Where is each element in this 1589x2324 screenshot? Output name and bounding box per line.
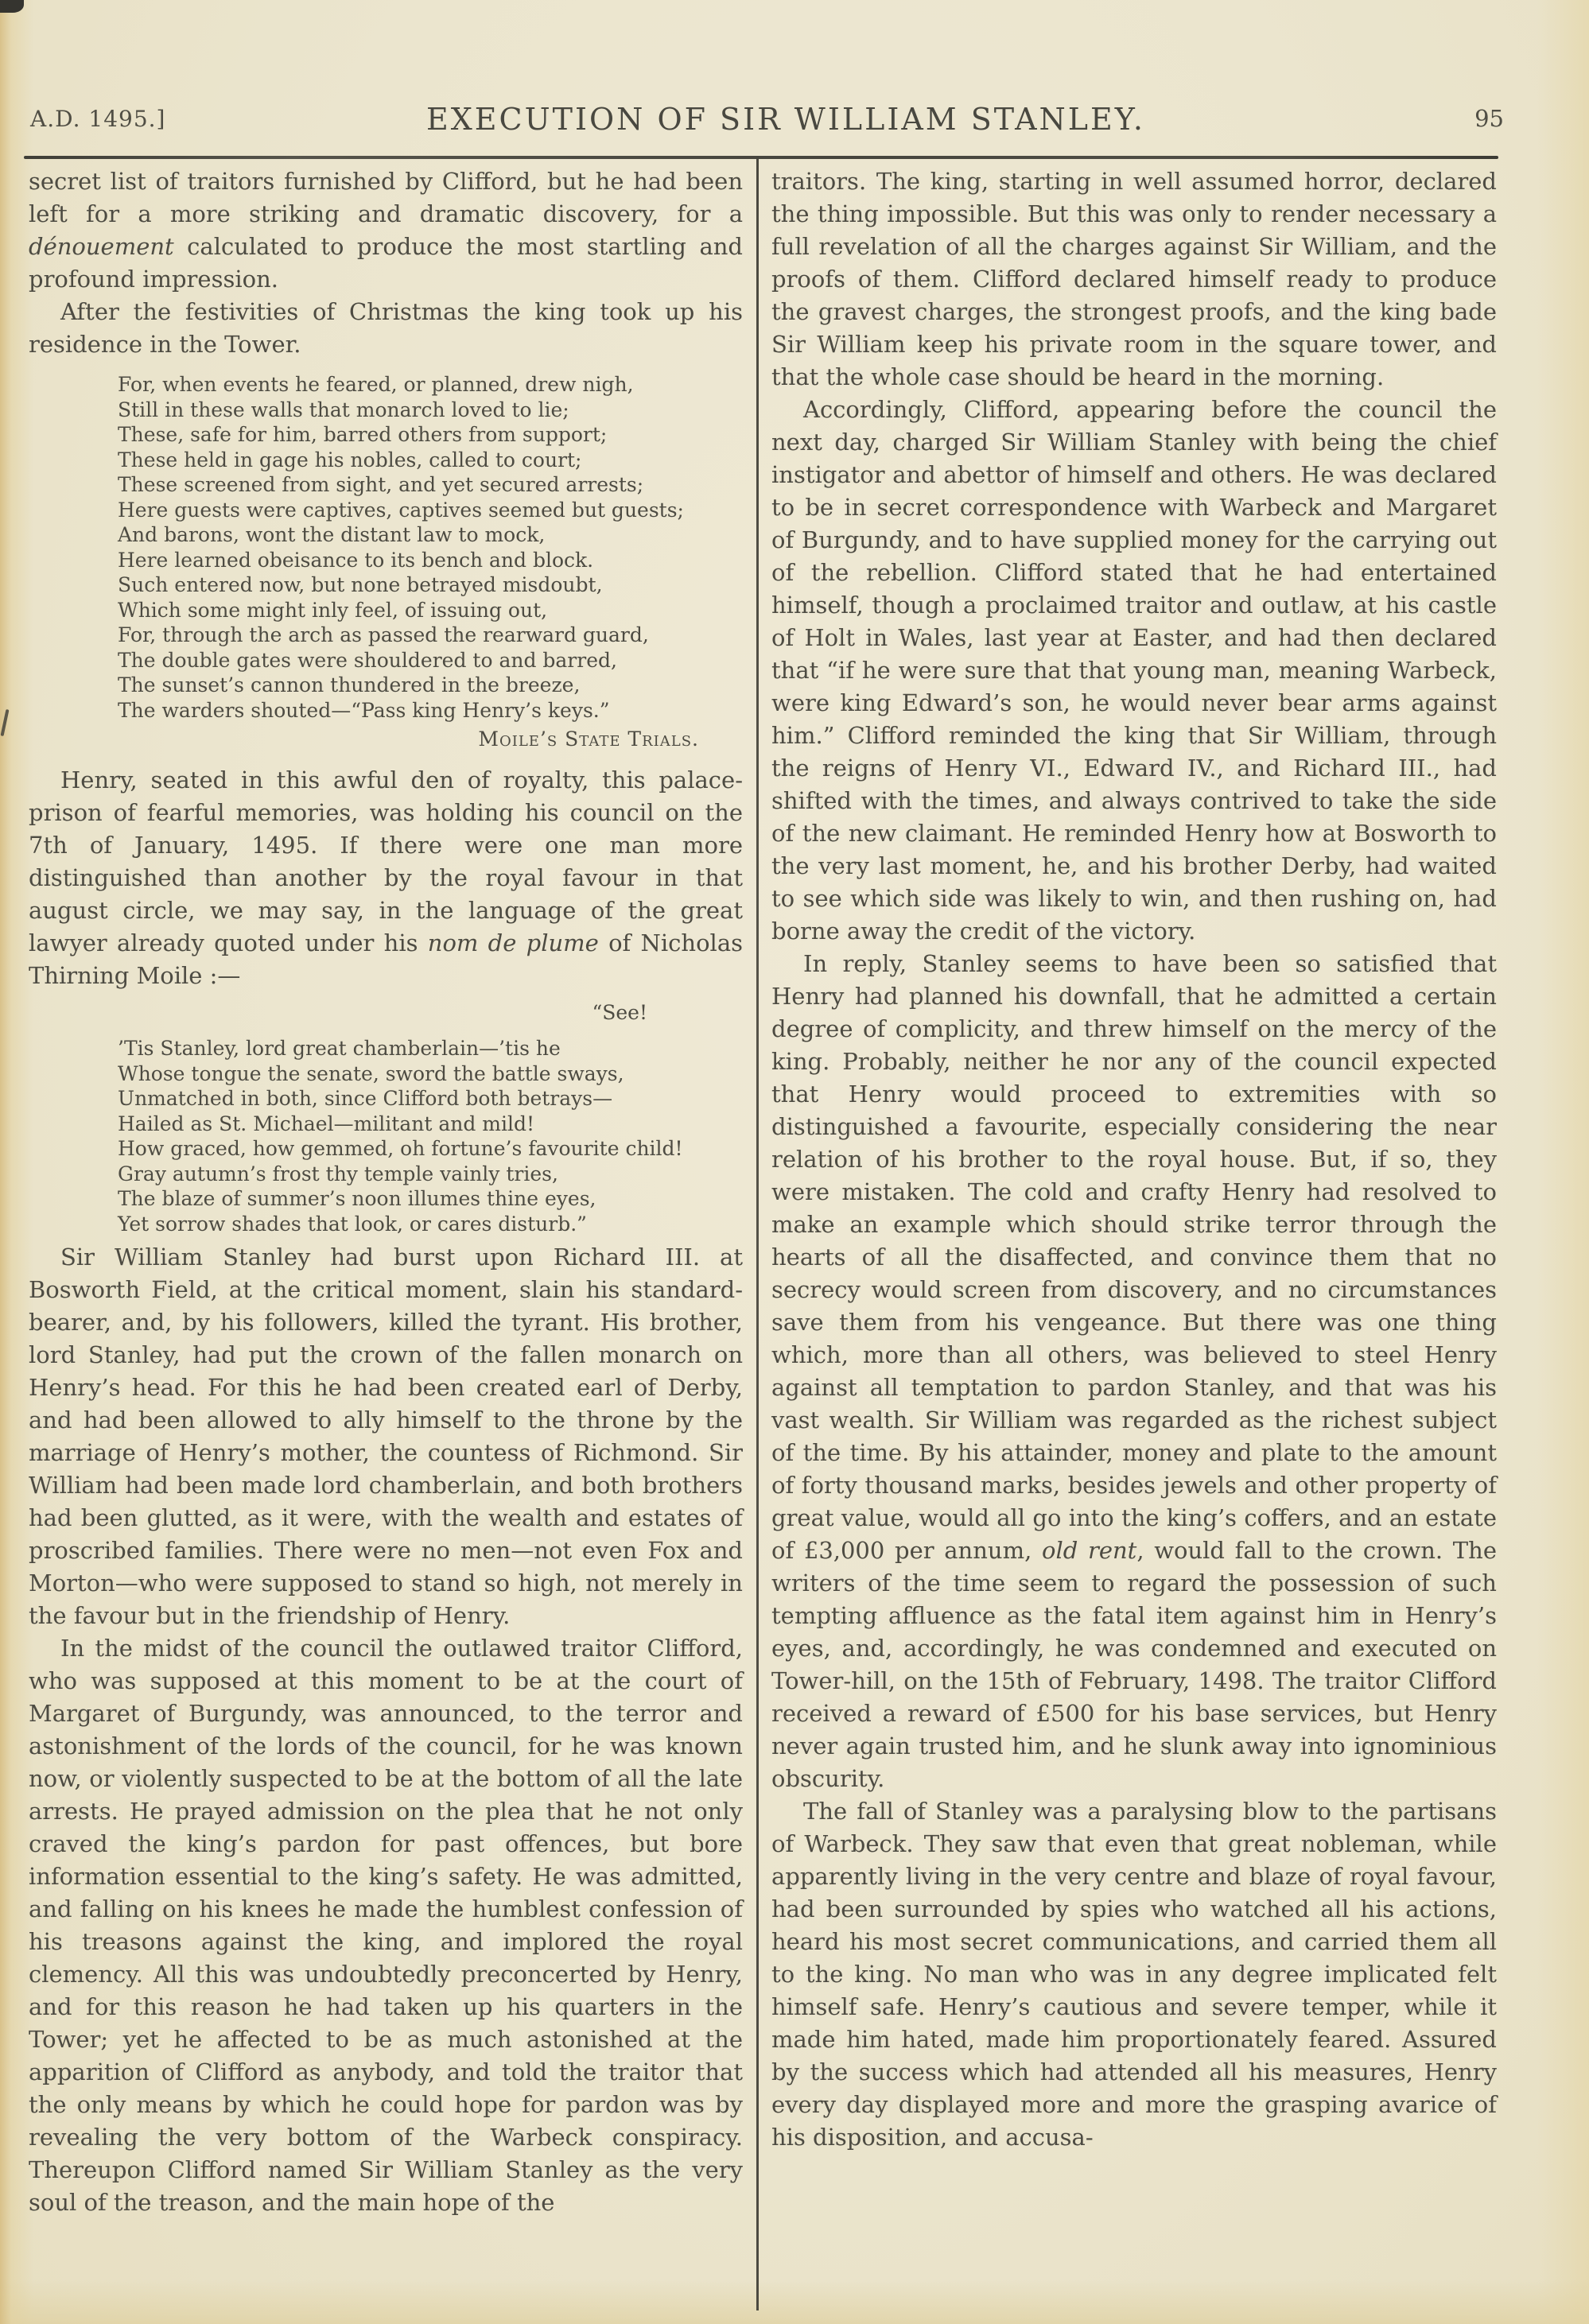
margin-pen-mark bbox=[1, 709, 10, 736]
scan-corner-artifact bbox=[0, 0, 24, 13]
paragraph: Accordingly, Clifford, appearing before … bbox=[771, 394, 1497, 948]
running-header: A.D. 1495.] EXECUTION OF SIR WILLIAM STA… bbox=[30, 89, 1545, 137]
paragraph: In reply, Stanley seems to have been so … bbox=[771, 948, 1497, 1795]
paragraph: The fall of Stanley was a paralysing blo… bbox=[771, 1795, 1497, 2154]
text-run: In reply, Stanley seems to have been so … bbox=[771, 950, 1497, 1564]
page-number: 95 bbox=[1474, 105, 1504, 132]
paragraph: After the festivities of Christmas the k… bbox=[29, 296, 743, 361]
verse-quote-tower: For, when events he feared, or planned, … bbox=[118, 372, 743, 723]
text-run: , would fall to the crown. The writers o… bbox=[771, 1537, 1497, 1792]
verse-opening-see: “See! bbox=[29, 1000, 647, 1025]
verse-attribution: Moile’s State Trials. bbox=[29, 727, 699, 751]
paragraph: Henry, seated in this awful den of royal… bbox=[29, 764, 743, 992]
page-title: EXECUTION OF SIR WILLIAM STANLEY. bbox=[372, 102, 1199, 137]
italic-run: dénouement bbox=[29, 233, 174, 260]
italic-run: old rent bbox=[1042, 1537, 1136, 1564]
right-column: traitors. The king, starting in well ass… bbox=[771, 165, 1497, 2154]
paragraph: Sir William Stanley had burst upon Richa… bbox=[29, 1241, 743, 1632]
paragraph-continuation: secret list of traitors furnished by Cli… bbox=[29, 165, 743, 296]
text-run: secret list of traitors furnished by Cli… bbox=[29, 168, 743, 227]
paragraph-continuation: traitors. The king, starting in well ass… bbox=[771, 165, 1497, 394]
text-run: Henry, seated in this awful den of royal… bbox=[29, 766, 743, 956]
book-page: A.D. 1495.] EXECUTION OF SIR WILLIAM STA… bbox=[0, 0, 1589, 2324]
column-divider bbox=[756, 159, 759, 2310]
italic-run: nom de plume bbox=[428, 929, 599, 956]
header-rule bbox=[24, 156, 1498, 159]
verse-quote-stanley: ’Tis Stanley, lord great chamberlain—’ti… bbox=[118, 1036, 743, 1236]
left-column: secret list of traitors furnished by Cli… bbox=[29, 165, 743, 2219]
paragraph: In the midst of the council the outlawed… bbox=[29, 1632, 743, 2219]
header-date: A.D. 1495.] bbox=[30, 106, 165, 132]
